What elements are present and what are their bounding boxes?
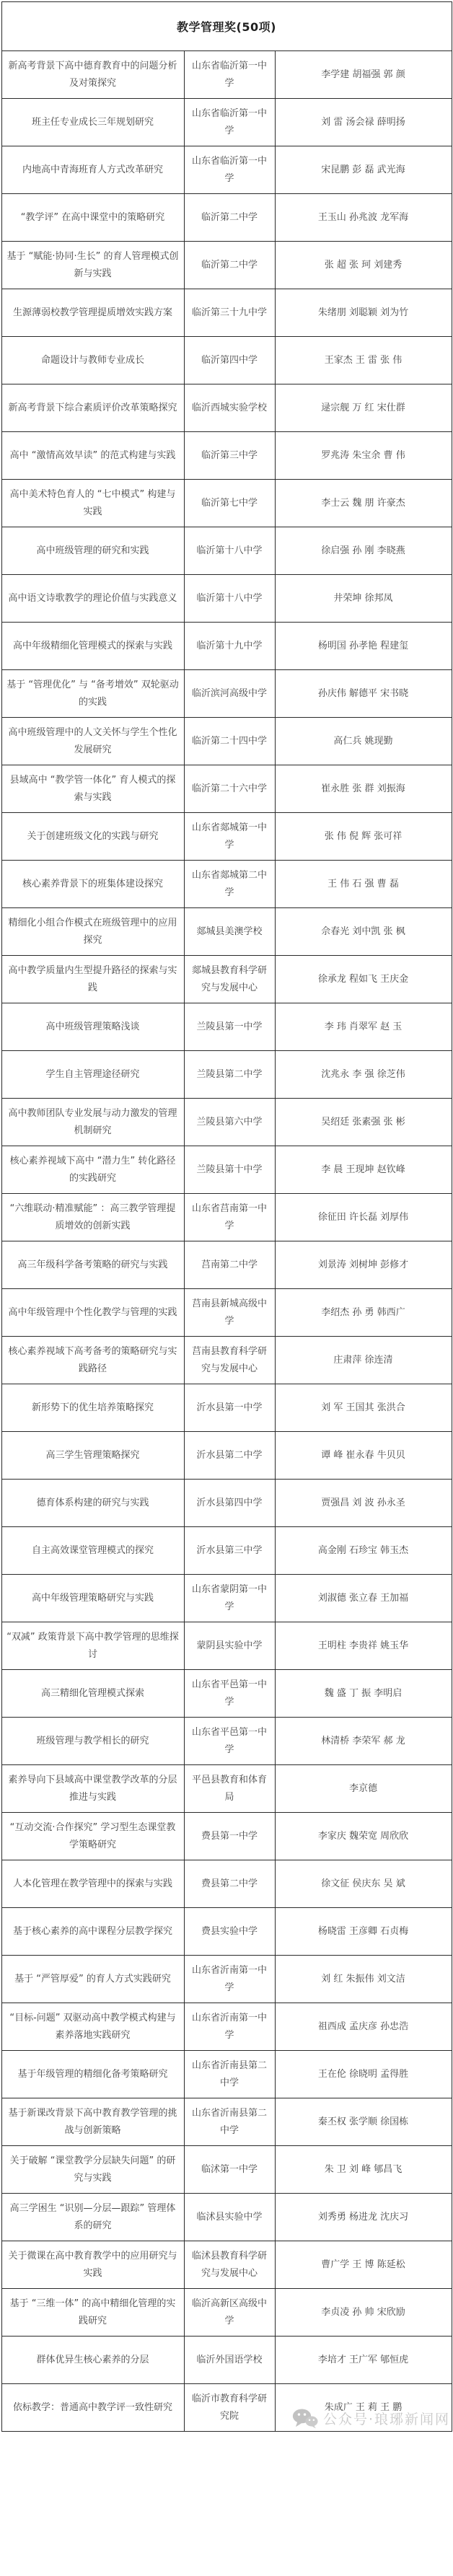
table-row: 基于 “管理优化” 与 “备考增效” 双轮驱动的实践 临沂滨河高级中学 孙庆伟 … <box>1 670 452 718</box>
table-row: 班级管理与教学相长的研究 山东省平邑第一中学 林清桥 李荣军 郝 龙 <box>1 1718 452 1765</box>
project-title-cell: 高中教学质量内生型提升路径的探索与实践 <box>1 956 184 1003</box>
project-title-cell: 内地高中青海班育人方式改革研究 <box>1 146 184 194</box>
project-title-cell: 基于年级管理的精细化备考策略研究 <box>1 2051 184 2098</box>
project-title-cell: 高中语文诗歌教学的理论价值与实践意义 <box>1 575 184 623</box>
table-row: 德育体系构建的研究与实践 沂水县第四中学 贾强昌 刘 波 孙永圣 <box>1 1480 452 1527</box>
authors-cell: 王在伦 徐晓明 孟得胜 <box>275 2051 452 2098</box>
table-row: 自主高效课堂管理模式的探究 沂水县第三中学 高金刚 石珍宝 韩玉杰 <box>1 1527 452 1575</box>
project-title-cell: 高中年级管理策略研究与实践 <box>1 1575 184 1622</box>
award-table: 教学管理奖(50项) 新高考背景下高中德育教育中的问题分析及对策探究 山东省临沂… <box>1 1 452 2432</box>
table-row: 内地高中青海班育人方式改革研究 山东省临沂第一中学 宋昆鹏 彭 磊 武光海 <box>1 146 452 194</box>
table-row: 基于 “三维一体” 的高中精细化管理的实践研究 临沂高新区高级中学 李贞凌 孙 … <box>1 2289 452 2337</box>
school-cell: 临沂第三十九中学 <box>184 289 275 337</box>
table-row: 高中班级管理的研究和实践 临沂第十八中学 徐启强 孙 刚 李晓燕 <box>1 527 452 575</box>
school-cell: 临沂外国语学校 <box>184 2337 275 2384</box>
project-title-cell: 高中班级管理的研究和实践 <box>1 527 184 575</box>
table-row: 命题设计与教师专业成长 临沂第四中学 王家杰 王 雷 张 伟 <box>1 337 452 384</box>
authors-cell: 王家杰 王 雷 张 伟 <box>275 337 452 384</box>
project-title-cell: 核心素养背景下的班集体建设探究 <box>1 861 184 908</box>
school-cell: 临沭第一中学 <box>184 2146 275 2194</box>
school-cell: 平邑县教育和体育局 <box>184 1765 275 1813</box>
project-title-cell: 人本化管理在教学管理中的探索与实践 <box>1 1860 184 1908</box>
project-title-cell: “目标-问题” 双驱动高中教学模式构建与素养落地实践研究 <box>1 2003 184 2051</box>
table-row: 核心素养背景下的班集体建设探究 山东省郯城第二中学 王 伟 石 强 曹 磊 <box>1 861 452 908</box>
school-cell: 临沭县教育科学研究与发展中心 <box>184 2241 275 2289</box>
table-row: 基于年级管理的精细化备考策略研究 山东省沂南县第二中学 王在伦 徐晓明 孟得胜 <box>1 2051 452 2098</box>
project-title-cell: 高中年级管理中个性化教学与管理的实践 <box>1 1289 184 1337</box>
school-cell: 临沂第十八中学 <box>184 575 275 623</box>
table-row: 群体优异生核心素养的分层 临沂外国语学校 李培才 王广军 郇恒虎 <box>1 2337 452 2384</box>
school-cell: 费县第二中学 <box>184 1860 275 1908</box>
project-title-cell: 精细化小组合作模式在班级管理中的应用探究 <box>1 908 184 956</box>
school-cell: 临沂高新区高级中学 <box>184 2289 275 2337</box>
project-title-cell: 生源薄弱校教学管理提质增效实践方案 <box>1 289 184 337</box>
table-row: 高三学困生 “识别—分层—跟踪” 管理体系的研究 临沭县实验中学 刘秀勇 杨进龙… <box>1 2194 452 2241</box>
school-cell: 山东省沂南第一中学 <box>184 2003 275 2051</box>
table-row: 核心素养视域下高中 “潜力生” 转化路径的实践研究 兰陵县第十中学 李 晨 王现… <box>1 1146 452 1194</box>
table-row: “互动交流·合作探究” 学习型生态课堂教学策略研究 费县第一中学 李家庆 魏荣宽… <box>1 1813 452 1860</box>
authors-cell: 张 伟 倪 辉 张可祥 <box>275 813 452 861</box>
school-cell: 兰陵县第二中学 <box>184 1051 275 1099</box>
authors-cell: 徐征田 许长磊 刘厚伟 <box>275 1194 452 1241</box>
table-row: 高中年级精细化管理模式的探索与实践 临沂第十九中学 杨明国 孙孝艳 程建玺 <box>1 623 452 670</box>
table-row: “双减” 政策背景下高中教学管理的思维探讨 蒙阴县实验中学 王明柱 李贵祥 姚玉… <box>1 1622 452 1670</box>
project-title-cell: 高中班级管理策略浅谈 <box>1 1003 184 1051</box>
project-title-cell: 班主任专业成长三年规划研究 <box>1 99 184 146</box>
authors-cell: 宋昆鹏 彭 磊 武光海 <box>275 146 452 194</box>
authors-cell: 刘 红 朱振伟 刘文洁 <box>275 1956 452 2003</box>
authors-cell: 李绍杰 孙 勇 韩西广 <box>275 1289 452 1337</box>
authors-cell: 刘秀勇 杨进龙 沈庆习 <box>275 2194 452 2241</box>
school-cell: 沂水县第二中学 <box>184 1432 275 1480</box>
project-title-cell: 素养导向下县域高中课堂教学改革的分层推进与实践 <box>1 1765 184 1813</box>
school-cell: 临沂第三中学 <box>184 432 275 480</box>
school-cell: 山东省郯城第二中学 <box>184 861 275 908</box>
project-title-cell: 学生自主管理途径研究 <box>1 1051 184 1099</box>
table-row: 关于微课在高中教育教学中的应用研究与实践 临沭县教育科学研究与发展中心 曹广学 … <box>1 2241 452 2289</box>
school-cell: 山东省沂南县第二中学 <box>184 2051 275 2098</box>
table-title-row: 教学管理奖(50项) <box>1 2 452 51</box>
school-cell: 费县实验中学 <box>184 1908 275 1956</box>
authors-cell: 李 玮 肖翠军 赵 玉 <box>275 1003 452 1051</box>
project-title-cell: 高三学生管理策略探究 <box>1 1432 184 1480</box>
school-cell: 郯城县教育科学研究与发展中心 <box>184 956 275 1003</box>
table-row: 班主任专业成长三年规划研究 山东省临沂第一中学 刘 雷 汤会禄 薛明扬 <box>1 99 452 146</box>
school-cell: 临沂第七中学 <box>184 480 275 527</box>
authors-cell: 朱成广 王 莉 王 鹏 <box>275 2384 452 2432</box>
authors-cell: 李士云 魏 朋 许豪杰 <box>275 480 452 527</box>
school-cell: 郯城县美澳学校 <box>184 908 275 956</box>
authors-cell: 张 超 张 珂 刘建秀 <box>275 242 452 289</box>
table-row: 精细化小组合作模式在班级管理中的应用探究 郯城县美澳学校 佘春光 刘中凯 张 枫 <box>1 908 452 956</box>
school-cell: 山东省莒南第一中学 <box>184 1194 275 1241</box>
project-title-cell: “教学评” 在高中课堂中的策略研究 <box>1 194 184 242</box>
project-title-cell: 基于 “管理优化” 与 “备考增效” 双轮驱动的实践 <box>1 670 184 718</box>
project-title-cell: 基于 “赋能·协同·生长” 的育人管理模式创新与实践 <box>1 242 184 289</box>
school-cell: 山东省临沂第一中学 <box>184 99 275 146</box>
table-row: 高三年级科学备考策略的研究与实践 莒南第二中学 刘景涛 刘树坤 彭修才 <box>1 1241 452 1289</box>
table-row: 依标教学：普通高中教学评一致性研究 临沂市教育科学研究院 朱成广 王 莉 王 鹏 <box>1 2384 452 2432</box>
award-table-body: 新高考背景下高中德育教育中的问题分析及对策探究 山东省临沂第一中学 李学建 胡福… <box>1 51 452 2432</box>
table-row: 高中 “激情高效早读” 的范式构建与实践 临沂第三中学 罗兆涛 朱宝余 曹 伟 <box>1 432 452 480</box>
authors-cell: 杨晓雷 王彦卿 石贞梅 <box>275 1908 452 1956</box>
authors-cell: 庄肃萍 徐连清 <box>275 1337 452 1384</box>
school-cell: 山东省平邑第一中学 <box>184 1670 275 1718</box>
project-title-cell: 关于创建班级文化的实践与研究 <box>1 813 184 861</box>
authors-cell: 刘 军 王国其 张洪合 <box>275 1384 452 1432</box>
school-cell: 沂水县第一中学 <box>184 1384 275 1432</box>
authors-cell: 祖西成 孟庆彦 孙忠浩 <box>275 2003 452 2051</box>
school-cell: 莒南第二中学 <box>184 1241 275 1289</box>
project-title-cell: 高三年级科学备考策略的研究与实践 <box>1 1241 184 1289</box>
authors-cell: 贾强昌 刘 波 孙永圣 <box>275 1480 452 1527</box>
table-row: 高中年级管理中个性化教学与管理的实践 莒南县新城高级中学 李绍杰 孙 勇 韩西广 <box>1 1289 452 1337</box>
project-title-cell: 高中美术特色育人的 “七中模式” 构建与实践 <box>1 480 184 527</box>
school-cell: 临沂第二中学 <box>184 242 275 289</box>
table-row: 高中班级管理策略浅谈 兰陵县第一中学 李 玮 肖翠军 赵 玉 <box>1 1003 452 1051</box>
project-title-cell: 命题设计与教师专业成长 <box>1 337 184 384</box>
authors-cell: 朱 卫 刘 峰 郇昌飞 <box>275 2146 452 2194</box>
school-cell: 莒南县新城高级中学 <box>184 1289 275 1337</box>
authors-cell: 孙庆伟 解德平 宋书晓 <box>275 670 452 718</box>
school-cell: 莒南县教育科学研究与发展中心 <box>184 1337 275 1384</box>
project-title-cell: 高三学困生 “识别—分层—跟踪” 管理体系的研究 <box>1 2194 184 2241</box>
school-cell: 临沂市教育科学研究院 <box>184 2384 275 2432</box>
project-title-cell: 关于破解 “课堂教学分层缺失问题” 的研究与实践 <box>1 2146 184 2194</box>
authors-cell: 魏 盛 丁 振 李明启 <box>275 1670 452 1718</box>
project-title-cell: 班级管理与教学相长的研究 <box>1 1718 184 1765</box>
authors-cell: 李京德 <box>275 1765 452 1813</box>
authors-cell: 刘 雷 汤会禄 薛明扬 <box>275 99 452 146</box>
project-title-cell: 高中年级精细化管理模式的探索与实践 <box>1 623 184 670</box>
table-row: 新高考背景下综合素质评价改革策略探究 临沂西城实验学校 逯宗舰 万 红 宋仕群 <box>1 384 452 432</box>
school-cell: 山东省郯城第一中学 <box>184 813 275 861</box>
school-cell: 沂水县第三中学 <box>184 1527 275 1575</box>
school-cell: 山东省沂南县第二中学 <box>184 2098 275 2146</box>
table-row: 新形势下的优生培养策略探究 沂水县第一中学 刘 军 王国其 张洪合 <box>1 1384 452 1432</box>
school-cell: 临沂西城实验学校 <box>184 384 275 432</box>
project-title-cell: 县域高中 “教学管一体化” 育人模式的探索与实践 <box>1 765 184 813</box>
table-row: 关于破解 “课堂教学分层缺失问题” 的研究与实践 临沭第一中学 朱 卫 刘 峰 … <box>1 2146 452 2194</box>
authors-cell: 秦丕权 张学顺 徐国栋 <box>275 2098 452 2146</box>
school-cell: 山东省临沂第一中学 <box>184 51 275 99</box>
authors-cell: 王明柱 李贵祥 姚玉华 <box>275 1622 452 1670</box>
project-title-cell: 依标教学：普通高中教学评一致性研究 <box>1 2384 184 2432</box>
table-row: 高三精细化管理模式探索 山东省平邑第一中学 魏 盛 丁 振 李明启 <box>1 1670 452 1718</box>
authors-cell: 吴绍廷 张素强 张 彬 <box>275 1099 452 1146</box>
authors-cell: 朱绪朋 刘聪颖 刘为竹 <box>275 289 452 337</box>
table-row: “六维联动·精准赋能” ：高三教学管理提质增效的创新实践 山东省莒南第一中学 徐… <box>1 1194 452 1241</box>
authors-cell: 李 晨 王现坤 赵钦峰 <box>275 1146 452 1194</box>
table-row: 高中教学质量内生型提升路径的探索与实践 郯城县教育科学研究与发展中心 徐承龙 程… <box>1 956 452 1003</box>
table-row: 核心素养视域下高考备考的策略研究与实践路径 莒南县教育科学研究与发展中心 庄肃萍… <box>1 1337 452 1384</box>
project-title-cell: 关于微课在高中教育教学中的应用研究与实践 <box>1 2241 184 2289</box>
table-row: 关于创建班级文化的实践与研究 山东省郯城第一中学 张 伟 倪 辉 张可祥 <box>1 813 452 861</box>
table-row: 人本化管理在教学管理中的探索与实践 费县第二中学 徐文征 侯庆东 吴 斌 <box>1 1860 452 1908</box>
authors-cell: 刘景涛 刘树坤 彭修才 <box>275 1241 452 1289</box>
authors-cell: 谭 峰 崔永春 牛贝贝 <box>275 1432 452 1480</box>
table-row: 高中年级管理策略研究与实践 山东省蒙阴第一中学 刘淑德 张立春 王加福 <box>1 1575 452 1622</box>
authors-cell: 李贞凌 孙 帅 宋欣励 <box>275 2289 452 2337</box>
table-row: 高中美术特色育人的 “七中模式” 构建与实践 临沂第七中学 李士云 魏 朋 许豪… <box>1 480 452 527</box>
school-cell: 兰陵县第十中学 <box>184 1146 275 1194</box>
table-row: 高中教师团队专业发展与动力激发的管理机制研究 兰陵县第六中学 吴绍廷 张素强 张… <box>1 1099 452 1146</box>
project-title-cell: 核心素养视域下高中 “潜力生” 转化路径的实践研究 <box>1 1146 184 1194</box>
authors-cell: 徐文征 侯庆东 吴 斌 <box>275 1860 452 1908</box>
school-cell: 兰陵县第六中学 <box>184 1099 275 1146</box>
table-row: 新高考背景下高中德育教育中的问题分析及对策探究 山东省临沂第一中学 李学建 胡福… <box>1 51 452 99</box>
authors-cell: 林清桥 李荣军 郝 龙 <box>275 1718 452 1765</box>
page: 教学管理奖(50项) 新高考背景下高中德育教育中的问题分析及对策探究 山东省临沂… <box>0 0 453 2437</box>
authors-cell: 崔永胜 张 群 刘振海 <box>275 765 452 813</box>
table-row: 素养导向下县域高中课堂教学改革的分层推进与实践 平邑县教育和体育局 李京德 <box>1 1765 452 1813</box>
authors-cell: 王 伟 石 强 曹 磊 <box>275 861 452 908</box>
school-cell: 临沭县实验中学 <box>184 2194 275 2241</box>
project-title-cell: 群体优异生核心素养的分层 <box>1 2337 184 2384</box>
table-row: 高中语文诗歌教学的理论价值与实践意义 临沂第十八中学 井荣坤 徐邦凤 <box>1 575 452 623</box>
table-title: 教学管理奖(50项) <box>1 2 452 51</box>
school-cell: 山东省平邑第一中学 <box>184 1718 275 1765</box>
project-title-cell: 德育体系构建的研究与实践 <box>1 1480 184 1527</box>
school-cell: 临沂第四中学 <box>184 337 275 384</box>
table-row: 学生自主管理途径研究 兰陵县第二中学 沈兆永 李 强 徐芝伟 <box>1 1051 452 1099</box>
project-title-cell: 基于 “严管厚爱” 的育人方式实践研究 <box>1 1956 184 2003</box>
school-cell: 山东省临沂第一中学 <box>184 146 275 194</box>
school-cell: 临沂第二十六中学 <box>184 765 275 813</box>
authors-cell: 曹广学 王 博 陈延松 <box>275 2241 452 2289</box>
table-row: 基于新课改背景下高中教育教学管理的挑战与创新策略 山东省沂南县第二中学 秦丕权 … <box>1 2098 452 2146</box>
school-cell: 临沂第二中学 <box>184 194 275 242</box>
table-row: 高三学生管理策略探究 沂水县第二中学 谭 峰 崔永春 牛贝贝 <box>1 1432 452 1480</box>
project-title-cell: 基于 “三维一体” 的高中精细化管理的实践研究 <box>1 2289 184 2337</box>
project-title-cell: 高三精细化管理模式探索 <box>1 1670 184 1718</box>
school-cell: 临沂滨河高级中学 <box>184 670 275 718</box>
project-title-cell: 新形势下的优生培养策略探究 <box>1 1384 184 1432</box>
authors-cell: 徐启强 孙 刚 李晓燕 <box>275 527 452 575</box>
authors-cell: 沈兆永 李 强 徐芝伟 <box>275 1051 452 1099</box>
project-title-cell: 自主高效课堂管理模式的探究 <box>1 1527 184 1575</box>
authors-cell: 杨明国 孙孝艳 程建玺 <box>275 623 452 670</box>
project-title-cell: 新高考背景下高中德育教育中的问题分析及对策探究 <box>1 51 184 99</box>
project-title-cell: 新高考背景下综合素质评价改革策略探究 <box>1 384 184 432</box>
authors-cell: 李培才 王广军 郇恒虎 <box>275 2337 452 2384</box>
table-row: “教学评” 在高中课堂中的策略研究 临沂第二中学 王玉山 孙兆波 龙军海 <box>1 194 452 242</box>
authors-cell: 李家庆 魏荣宽 周欣欣 <box>275 1813 452 1860</box>
authors-cell: 刘淑德 张立春 王加福 <box>275 1575 452 1622</box>
school-cell: 临沂第二十四中学 <box>184 718 275 765</box>
project-title-cell: 基于新课改背景下高中教育教学管理的挑战与创新策略 <box>1 2098 184 2146</box>
school-cell: 兰陵县第一中学 <box>184 1003 275 1051</box>
school-cell: 蒙阴县实验中学 <box>184 1622 275 1670</box>
authors-cell: 王玉山 孙兆波 龙军海 <box>275 194 452 242</box>
authors-cell: 李学建 胡福强 郭 颜 <box>275 51 452 99</box>
table-row: 基于 “严管厚爱” 的育人方式实践研究 山东省沂南第一中学 刘 红 朱振伟 刘文… <box>1 1956 452 2003</box>
project-title-cell: 基于核心素养的高中课程分层教学探究 <box>1 1908 184 1956</box>
authors-cell: 逯宗舰 万 红 宋仕群 <box>275 384 452 432</box>
project-title-cell: “互动交流·合作探究” 学习型生态课堂教学策略研究 <box>1 1813 184 1860</box>
school-cell: 山东省蒙阴第一中学 <box>184 1575 275 1622</box>
table-row: 生源薄弱校教学管理提质增效实践方案 临沂第三十九中学 朱绪朋 刘聪颖 刘为竹 <box>1 289 452 337</box>
authors-cell: 高金刚 石珍宝 韩玉杰 <box>275 1527 452 1575</box>
authors-cell: 井荣坤 徐邦凤 <box>275 575 452 623</box>
table-row: “目标-问题” 双驱动高中教学模式构建与素养落地实践研究 山东省沂南第一中学 祖… <box>1 2003 452 2051</box>
authors-cell: 罗兆涛 朱宝余 曹 伟 <box>275 432 452 480</box>
project-title-cell: 核心素养视域下高考备考的策略研究与实践路径 <box>1 1337 184 1384</box>
school-cell: 沂水县第四中学 <box>184 1480 275 1527</box>
project-title-cell: 高中 “激情高效早读” 的范式构建与实践 <box>1 432 184 480</box>
authors-cell: 佘春光 刘中凯 张 枫 <box>275 908 452 956</box>
school-cell: 山东省沂南第一中学 <box>184 1956 275 2003</box>
project-title-cell: “双减” 政策背景下高中教学管理的思维探讨 <box>1 1622 184 1670</box>
project-title-cell: “六维联动·精准赋能” ：高三教学管理提质增效的创新实践 <box>1 1194 184 1241</box>
table-row: 基于核心素养的高中课程分层教学探究 费县实验中学 杨晓雷 王彦卿 石贞梅 <box>1 1908 452 1956</box>
project-title-cell: 高中教师团队专业发展与动力激发的管理机制研究 <box>1 1099 184 1146</box>
project-title-cell: 高中班级管理中的人文关怀与学生个性化发展研究 <box>1 718 184 765</box>
school-cell: 临沂第十八中学 <box>184 527 275 575</box>
school-cell: 临沂第十九中学 <box>184 623 275 670</box>
authors-cell: 高仁兵 姚现勤 <box>275 718 452 765</box>
authors-cell: 徐承龙 程如飞 王庆金 <box>275 956 452 1003</box>
table-row: 基于 “赋能·协同·生长” 的育人管理模式创新与实践 临沂第二中学 张 超 张 … <box>1 242 452 289</box>
table-row: 高中班级管理中的人文关怀与学生个性化发展研究 临沂第二十四中学 高仁兵 姚现勤 <box>1 718 452 765</box>
table-row: 县域高中 “教学管一体化” 育人模式的探索与实践 临沂第二十六中学 崔永胜 张 … <box>1 765 452 813</box>
school-cell: 费县第一中学 <box>184 1813 275 1860</box>
